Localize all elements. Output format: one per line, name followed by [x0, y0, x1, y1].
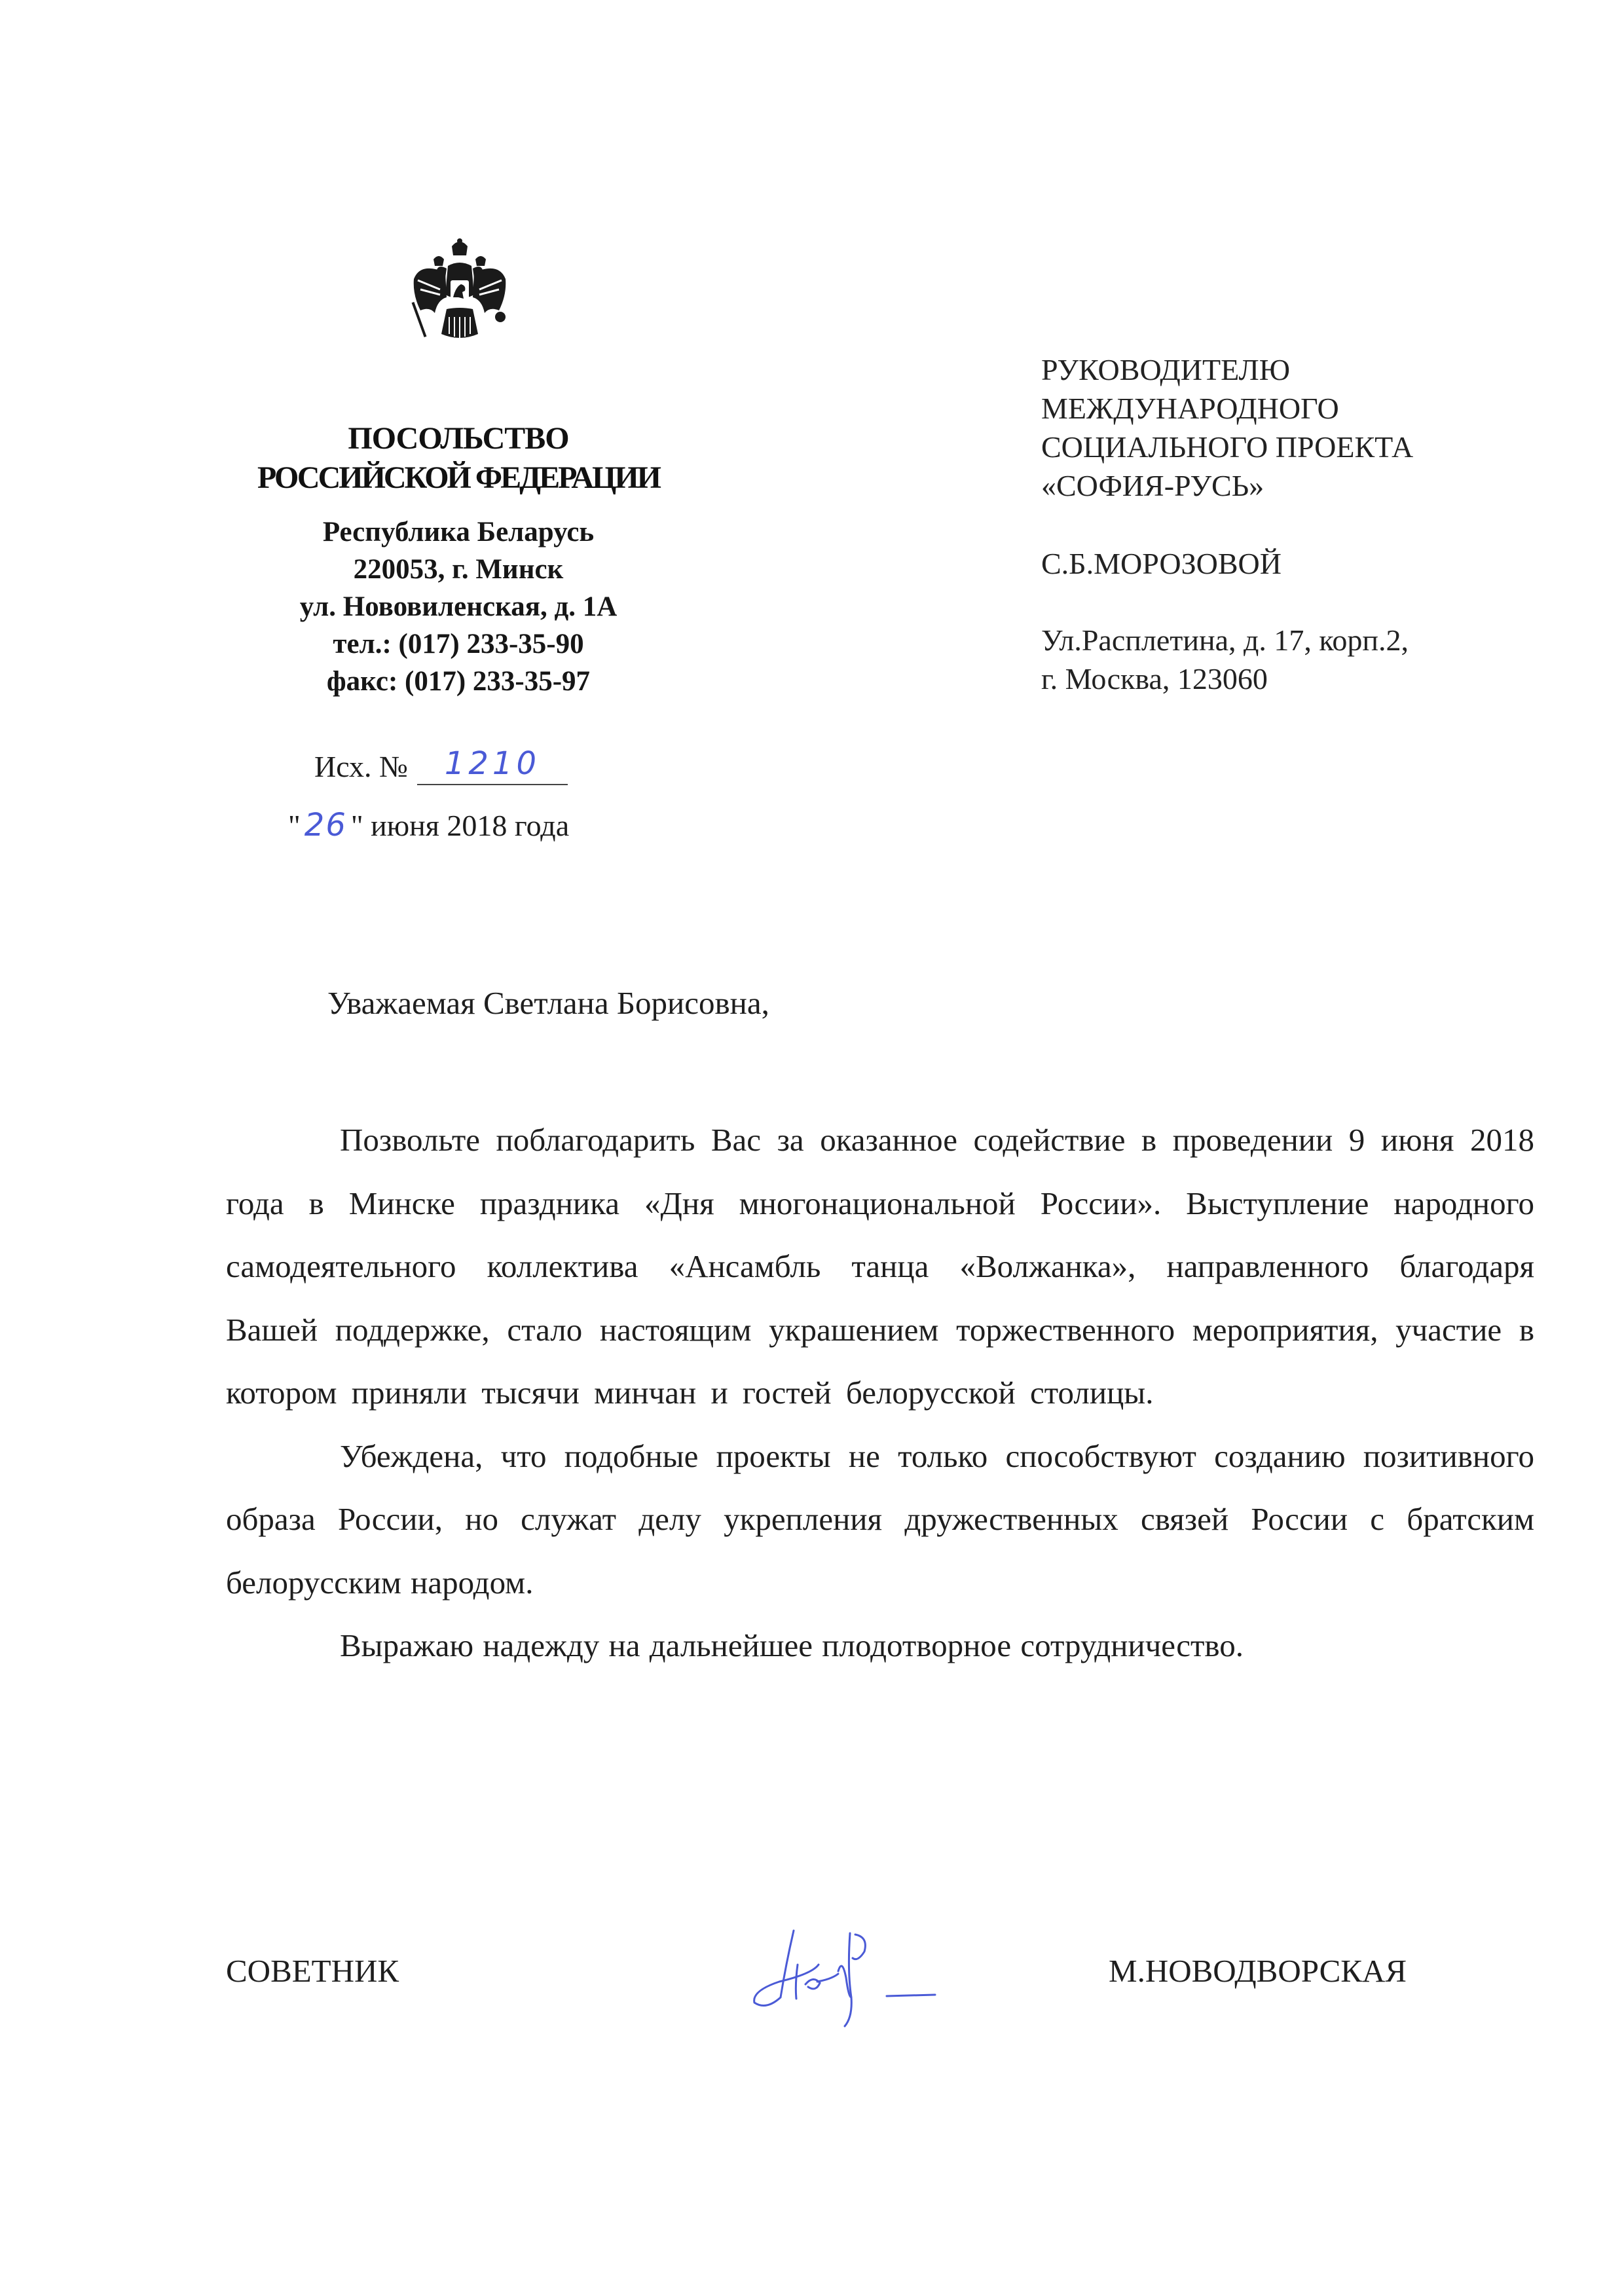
sender-country: Республика Беларусь [216, 513, 701, 551]
body-paragraph-1: Позвольте поблагодарить Вас за оказанное… [226, 1109, 1534, 1425]
date-day: 26 [304, 807, 347, 843]
outgoing-number-value: 1210 [445, 745, 540, 782]
recipient-title-line-3: СОЦИАЛЬНОГО ПРОЕКТА [1041, 428, 1500, 466]
recipient-title-line-4: «СОФИЯ-РУСЬ» [1041, 466, 1500, 505]
letter-body: Позвольте поблагодарить Вас за оказанное… [226, 1109, 1534, 1678]
outgoing-date: "26" июня 2018 года [288, 805, 569, 845]
outgoing-number: Исх. №1210 [314, 747, 568, 788]
sender-city: 220053, г. Минск [216, 551, 701, 588]
recipient-name: С.Б.МОРОЗОВОЙ [1041, 544, 1500, 583]
org-name-line-1: ПОСОЛЬСТВО [216, 419, 701, 458]
sender-header: ПОСОЛЬСТВО РОССИЙСКОЙ ФЕДЕРАЦИИ Республи… [216, 419, 701, 700]
body-paragraph-2: Убеждена, что подобные проекты не только… [226, 1425, 1534, 1615]
date-quote-close: " [351, 809, 363, 842]
date-month-year: июня 2018 года [371, 809, 569, 842]
handwritten-signature-icon [740, 1919, 963, 2030]
sender-street: ул. Нововиленская, д. 1А [216, 588, 701, 625]
sender-phone: тел.: (017) 233-35-90 [216, 625, 701, 663]
recipient-title-line-1: РУКОВОДИТЕЛЮ [1041, 350, 1500, 389]
outgoing-number-label: Исх. № [314, 750, 408, 783]
sender-address: Республика Беларусь 220053, г. Минск ул.… [216, 513, 701, 700]
recipient-title-line-2: МЕЖДУНАРОДНОГО [1041, 389, 1500, 428]
salutation: Уважаемая Светлана Борисовна, [327, 984, 769, 1023]
russian-coat-of-arms-icon [401, 229, 519, 354]
signer-position: СОВЕТНИК [226, 1952, 399, 1991]
recipient-block: РУКОВОДИТЕЛЮ МЕЖДУНАРОДНОГО СОЦИАЛЬНОГО … [1041, 350, 1500, 698]
org-name-line-2: РОССИЙСКОЙ ФЕДЕРАЦИИ [216, 458, 701, 498]
date-quote-open: " [288, 809, 301, 842]
outgoing-number-field: 1210 [417, 744, 568, 785]
body-paragraph-3: Выражаю надежду на дальнейшее плодотворн… [226, 1614, 1534, 1678]
sender-fax: факс: (017) 233-35-97 [216, 663, 701, 700]
recipient-address-line-1: Ул.Расплетина, д. 17, корп.2, [1041, 621, 1500, 659]
recipient-address-line-2: г. Москва, 123060 [1041, 659, 1500, 698]
signer-name: М.НОВОДВОРСКАЯ [1109, 1952, 1407, 1991]
